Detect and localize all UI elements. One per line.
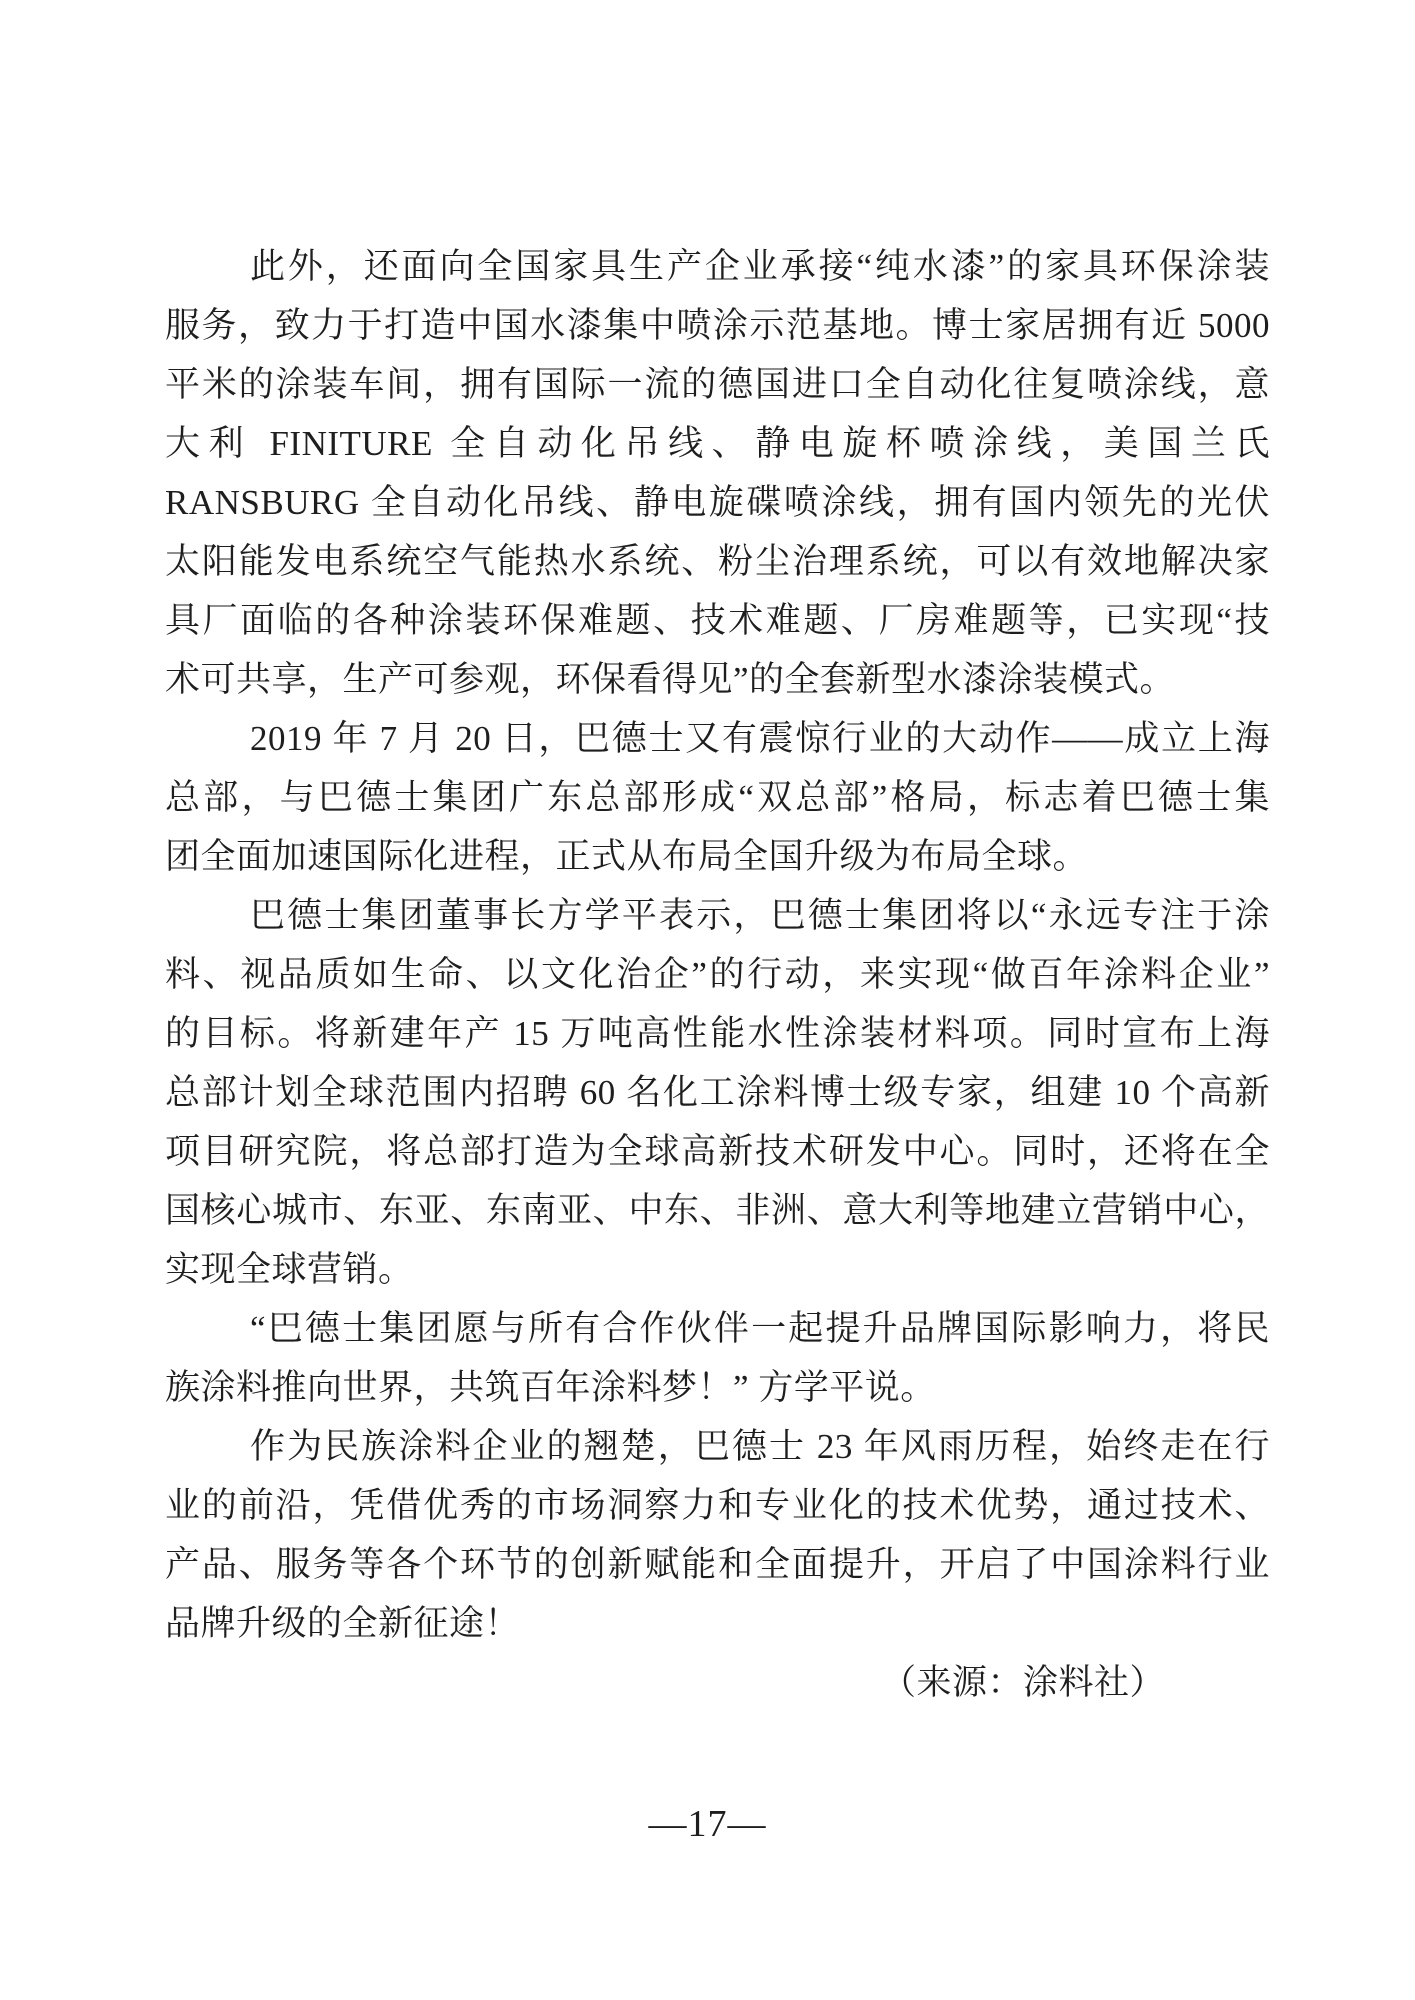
text-line: 总部，与巴德士集团广东总部形成“双总部”格局，标志着巴德士集 bbox=[165, 768, 1270, 827]
text-line: 具厂面临的各种涂装环保难题、技术难题、厂房难题等，已实现“技 bbox=[165, 591, 1270, 650]
paragraph: “巴德士集团愿与所有合作伙伴一起提升品牌国际影响力，将民 族涂料推向世界，共筑百… bbox=[165, 1299, 1270, 1417]
paragraph: 此外，还面向全国家具生产企业承接“纯水漆”的家具环保涂装 服务，致力于打造中国水… bbox=[165, 237, 1270, 709]
text-line: 大利 FINITURE 全自动化吊线、静电旋杯喷涂线，美国兰氏 bbox=[165, 414, 1270, 473]
text-line: 的目标。将新建年产 15 万吨高性能水性涂装材料项。同时宣布上海 bbox=[165, 1004, 1270, 1063]
text-line: 项目研究院，将总部打造为全球高新技术研发中心。同时，还将在全 bbox=[165, 1122, 1270, 1181]
document-body: 此外，还面向全国家具生产企业承接“纯水漆”的家具环保涂装 服务，致力于打造中国水… bbox=[165, 237, 1270, 1712]
text-line: 料、视品质如生命、以文化治企”的行动，来实现“做百年涂料企业” bbox=[165, 945, 1270, 1004]
text-line: 产品、服务等各个环节的创新赋能和全面提升，开启了中国涂料行业 bbox=[165, 1535, 1270, 1594]
text-line: 平米的涂装车间，拥有国际一流的德国进口全自动化往复喷涂线，意 bbox=[165, 355, 1270, 414]
text-line: 此外，还面向全国家具生产企业承接“纯水漆”的家具环保涂装 bbox=[165, 237, 1270, 296]
text-line: 国核心城市、东亚、东南亚、中东、非洲、意大利等地建立营销中心， bbox=[165, 1181, 1270, 1240]
page-number: —17— bbox=[0, 1800, 1415, 1848]
paragraph: 2019 年 7 月 20 日，巴德士又有震惊行业的大动作——成立上海 总部，与… bbox=[165, 709, 1270, 886]
paragraph: 巴德士集团董事长方学平表示，巴德士集团将以“永远专注于涂 料、视品质如生命、以文… bbox=[165, 886, 1270, 1299]
text-line: 2019 年 7 月 20 日，巴德士又有震惊行业的大动作——成立上海 bbox=[165, 709, 1270, 768]
text-line: RANSBURG 全自动化吊线、静电旋碟喷涂线，拥有国内领先的光伏 bbox=[165, 473, 1270, 532]
text-line: 团全面加速国际化进程，正式从布局全国升级为布局全球。 bbox=[165, 827, 1270, 886]
document-page: 此外，还面向全国家具生产企业承接“纯水漆”的家具环保涂装 服务，致力于打造中国水… bbox=[0, 0, 1415, 2000]
text-line: 品牌升级的全新征途！ bbox=[165, 1594, 1270, 1653]
source-attribution: （来源：涂料社） bbox=[165, 1653, 1270, 1712]
text-line: 总部计划全球范围内招聘 60 名化工涂料博士级专家，组建 10 个高新 bbox=[165, 1063, 1270, 1122]
paragraph: 作为民族涂料企业的翘楚，巴德士 23 年风雨历程，始终走在行 业的前沿，凭借优秀… bbox=[165, 1417, 1270, 1653]
text-line: 业的前沿，凭借优秀的市场洞察力和专业化的技术优势，通过技术、 bbox=[165, 1476, 1270, 1535]
text-line: 术可共享，生产可参观，环保看得见”的全套新型水漆涂装模式。 bbox=[165, 650, 1270, 709]
text-line: 作为民族涂料企业的翘楚，巴德士 23 年风雨历程，始终走在行 bbox=[165, 1417, 1270, 1476]
text-line: 族涂料推向世界，共筑百年涂料梦！” 方学平说。 bbox=[165, 1358, 1270, 1417]
text-line: 巴德士集团董事长方学平表示，巴德士集团将以“永远专注于涂 bbox=[165, 886, 1270, 945]
text-line: 实现全球营销。 bbox=[165, 1240, 1270, 1299]
text-line: “巴德士集团愿与所有合作伙伴一起提升品牌国际影响力，将民 bbox=[165, 1299, 1270, 1358]
text-line: 服务，致力于打造中国水漆集中喷涂示范基地。博士家居拥有近 5000 bbox=[165, 296, 1270, 355]
text-line: 太阳能发电系统空气能热水系统、粉尘治理系统，可以有效地解决家 bbox=[165, 532, 1270, 591]
